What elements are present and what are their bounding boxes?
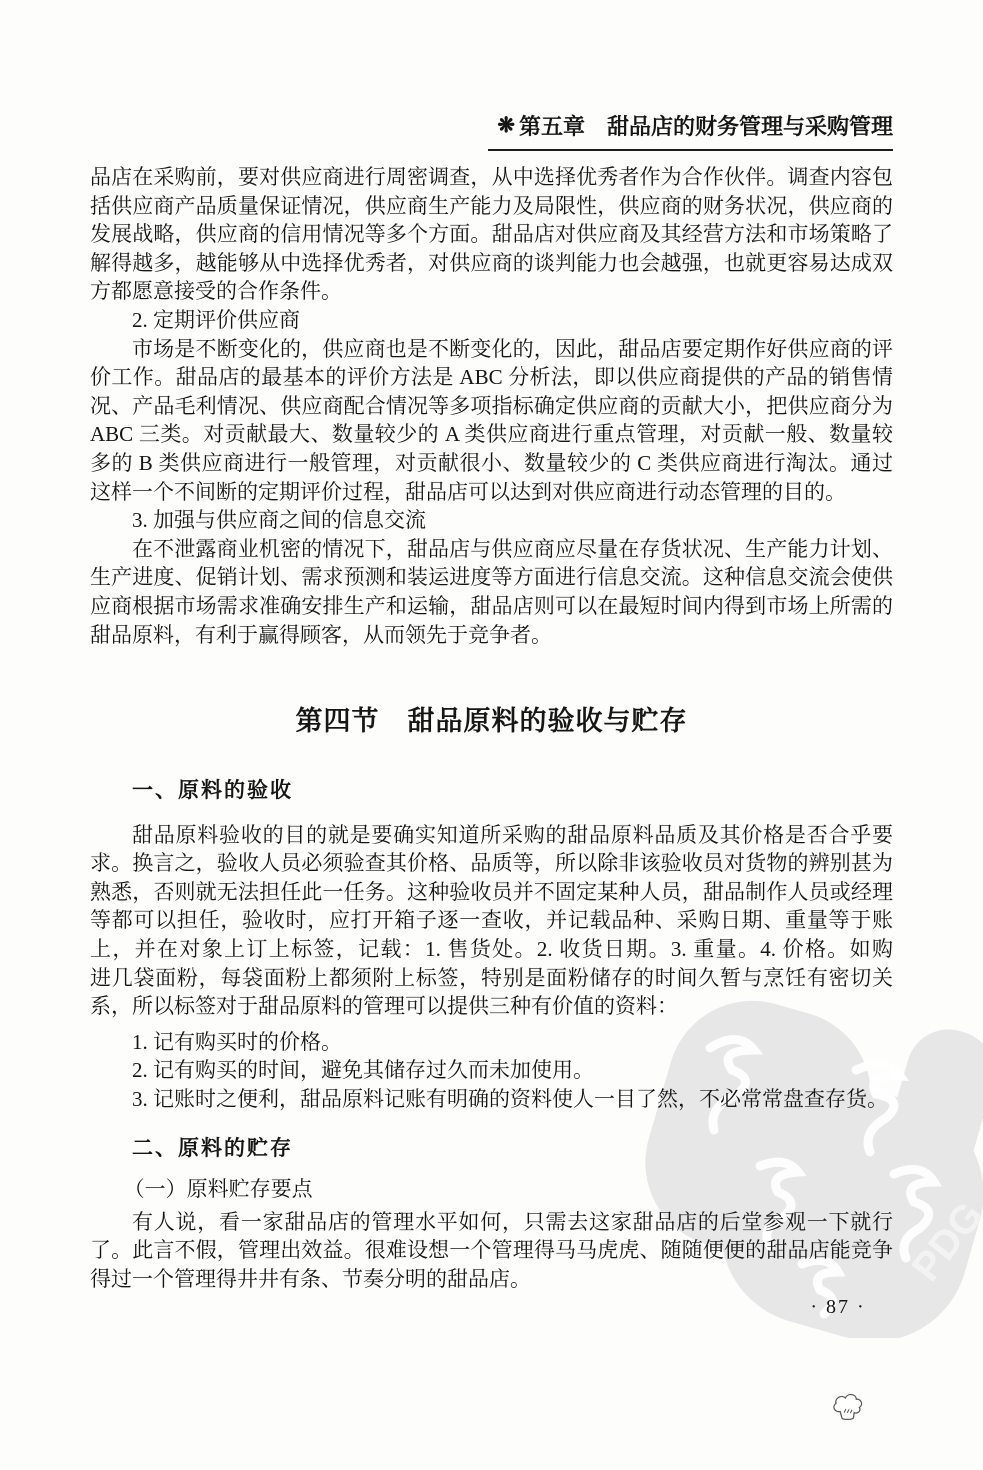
- section-title: 第四节 甜品原料的验收与贮存: [90, 699, 893, 743]
- chef-hat-icon: [826, 1390, 868, 1432]
- chapter-header: ❋ 第五章 甜品店的财务管理与采购管理: [497, 110, 893, 141]
- numbered-subheading: 3. 加强与供应商之间的信息交流: [90, 506, 893, 535]
- list-item: 3. 记账时之便利，甜品原料记账有明确的资料使人一目了然，不必常常盘查存货。: [90, 1085, 893, 1114]
- paragraph: 甜品原料验收的目的就是要确实知道所采购的甜品原料品质及其价格是否合乎要 求。换言…: [90, 821, 893, 1021]
- page-number: · 87 ·: [783, 1296, 893, 1319]
- text-line: 熟悉，否则就无法担任此一任务。这种验收员并不固定某种人员，甜品制作人员或经理: [90, 878, 893, 907]
- numbered-list: 1. 记有购买时的价格。 2. 记有购买的时间，避免其储存过久而未加使用。 3.…: [90, 1028, 893, 1114]
- text-line: 方都愿意接受的合作条件。: [90, 277, 893, 306]
- text-line: 况、产品毛利情况、供应商配合情况等多项指标确定供应商的贡献大小，把供应商分为: [90, 392, 893, 421]
- text-line: 系，所以标签对于甜品原料的管理可以提供三种有价值的资料：: [90, 992, 893, 1021]
- subsection-title: 一、原料的验收: [90, 776, 893, 805]
- text-line: 品店在采购前，要对供应商进行周密调查，从中选择优秀者作为合作伙伴。调查内容包: [90, 163, 893, 192]
- text-line: 进几袋面粉，每袋面粉上都须附上标签，特别是面粉储存的时间久暂与烹饪有密切关: [90, 964, 893, 993]
- body-text: 品店在采购前，要对供应商进行周密调查，从中选择优秀者作为合作伙伴。调查内容包 括…: [90, 163, 893, 1294]
- paragraph: 品店在采购前，要对供应商进行周密调查，从中选择优秀者作为合作伙伴。调查内容包 括…: [90, 163, 893, 306]
- text-line: 了。此言不假，管理出效益。很难设想一个管理得马马虎虎、随随便便的甜品店能竞争: [90, 1236, 893, 1265]
- text-line: 解得越多，越能够从中选择优秀者，对供应商的谈判能力也会越强，也就更容易达成双: [90, 249, 893, 278]
- text-line: 这样一个不间断的定期评价过程，甜品店可以达到对供应商进行动态管理的目的。: [90, 478, 893, 507]
- text-line: 上，并在对象上订上标签，记载：1. 售货处。2. 收货日期。3. 重量。4. 价…: [90, 935, 893, 964]
- chapter-title: 第五章 甜品店的财务管理与采购管理: [519, 110, 893, 141]
- list-item: 2. 记有购买的时间，避免其储存过久而未加使用。: [90, 1056, 893, 1085]
- text-line: 甜品原料，有利于赢得顾客，从而领先于竞争者。: [90, 621, 893, 650]
- text-line: 有人说，看一家甜品店的管理水平如何，只需去这家甜品店的后堂参观一下就行: [90, 1208, 893, 1237]
- text-line: ABC 三类。对贡献最大、数量较少的 A 类供应商进行重点管理，对贡献一般、数量…: [90, 420, 893, 449]
- paragraph: 有人说，看一家甜品店的管理水平如何，只需去这家甜品店的后堂参观一下就行 了。此言…: [90, 1208, 893, 1294]
- header-rule: [488, 149, 893, 151]
- text-line: 生产进度、促销计划、需求预测和装运进度等方面进行信息交流。这种信息交流会使供: [90, 563, 893, 592]
- subsection-title: 二、原料的贮存: [90, 1134, 893, 1163]
- paragraph: 市场是不断变化的，供应商也是不断变化的，因此，甜品店要定期作好供应商的评 价工作…: [90, 335, 893, 507]
- text-line: 价工作。甜品店的最基本的评价方法是 ABC 分析法，即以供应商提供的产品的销售情: [90, 363, 893, 392]
- sub-subsection-title: （一）原料贮存要点: [90, 1175, 893, 1204]
- text-line: 求。换言之，验收人员必须验查其价格、品质等，所以除非该验收员对货物的辨别甚为: [90, 849, 893, 878]
- flower-ornament-icon: ❋: [497, 115, 515, 136]
- scanned-book-page: PDG ❋ 第五章 甜品店的财务管理与采购管理 品店在采购前，要对供应商进行周密…: [0, 0, 983, 1470]
- text-line: 等都可以担任，验收时，应打开箱子逐一查收，并记载品种、采购日期、重量等于账: [90, 906, 893, 935]
- text-line: 在不泄露商业机密的情况下，甜品店与供应商应尽量在存货状况、生产能力计划、: [90, 535, 893, 564]
- text-line: 甜品原料验收的目的就是要确实知道所采购的甜品原料品质及其价格是否合乎要: [90, 821, 893, 850]
- text-line: 发展战略，供应商的信用情况等多个方面。甜品店对供应商及其经营方法和市场策略了: [90, 220, 893, 249]
- numbered-subheading: 2. 定期评价供应商: [90, 306, 893, 335]
- text-line: 得过一个管理得井井有条、节奏分明的甜品店。: [90, 1265, 893, 1294]
- paragraph: 在不泄露商业机密的情况下，甜品店与供应商应尽量在存货状况、生产能力计划、 生产进…: [90, 535, 893, 649]
- text-line: 多的 B 类供应商进行一般管理，对贡献很小、数量较少的 C 类供应商进行淘汰。通…: [90, 449, 893, 478]
- list-item: 1. 记有购买时的价格。: [90, 1028, 893, 1057]
- text-line: 括供应商产品质量保证情况，供应商生产能力及局限性，供应商的财务状况，供应商的: [90, 192, 893, 221]
- text-line: 应商根据市场需求准确安排生产和运输，甜品店则可以在最短时间内得到市场上所需的: [90, 592, 893, 621]
- text-line: 市场是不断变化的，供应商也是不断变化的，因此，甜品店要定期作好供应商的评: [90, 335, 893, 364]
